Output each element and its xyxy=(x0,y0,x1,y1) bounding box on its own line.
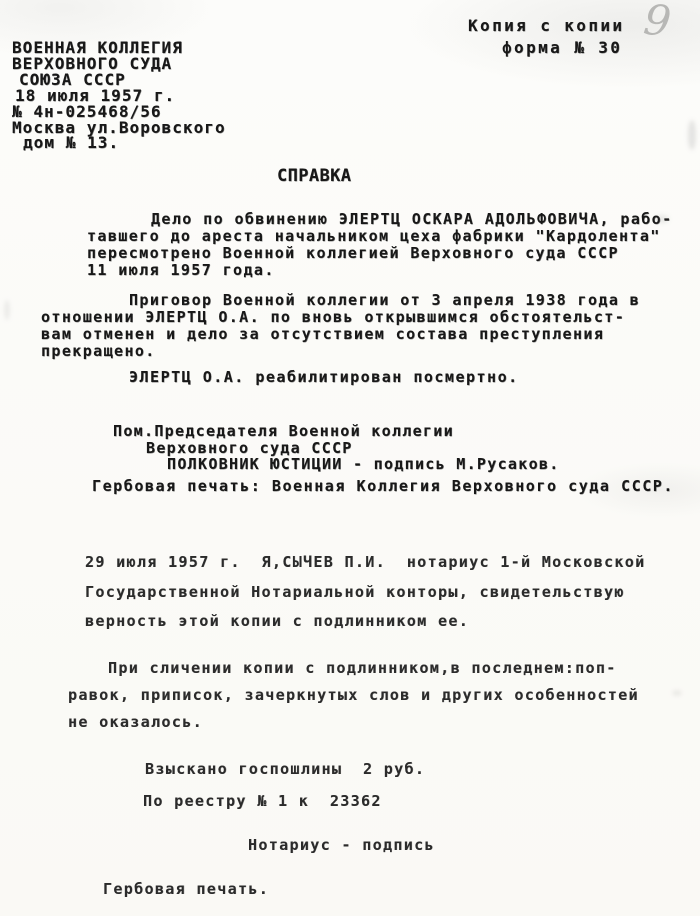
paper-smudge xyxy=(4,300,10,320)
document-title: СПРАВКА xyxy=(277,166,351,186)
body-line: Приговор Военной коллегии от 3 апреля 19… xyxy=(129,292,640,309)
body-paragraph-verdict-annulled: Приговор Военной коллегии от 3 апреля 19… xyxy=(41,292,640,360)
scanned-document-page: 9 Копия с копии форма № 30 ВОЕННАЯ КОЛЛЕ… xyxy=(0,0,700,916)
letterhead-block: ВОЕННАЯ КОЛЛЕГИЯ ВЕРХОВНОГО СУДА СОЮЗА С… xyxy=(12,40,226,151)
registry-number-line: По реестру № 1 к 23362 xyxy=(143,792,382,810)
body-line: прекращено. xyxy=(41,343,640,360)
paper-smudge xyxy=(688,120,696,150)
body-paragraph-case-review: Дело по обвинению ЭЛЕРТЦ ОСКАРА АДОЛЬФОВ… xyxy=(87,211,673,279)
paper-smudge xyxy=(672,690,682,696)
notary-line: Государственной Нотариальной конторы, св… xyxy=(85,578,646,608)
body-line: тавшего до ареста начальником цеха фабри… xyxy=(87,228,673,245)
notary-line: не оказалось. xyxy=(68,709,639,736)
body-line: Дело по обвинению ЭЛЕРТЦ ОСКАРА АДОЛЬФОВ… xyxy=(151,211,673,228)
body-line: отношении ЭЛЕРТЦ О.А. по вновь открывшим… xyxy=(41,309,640,326)
signature-title-line: Пом.Председателя Военной коллегии xyxy=(113,422,454,440)
notary-signature-line: Нотариус - подпись xyxy=(248,836,435,854)
notary-line: верность этой копии с подлинником ее. xyxy=(85,607,646,637)
letterhead-line-address2: дом № 13. xyxy=(23,135,226,151)
form-number-label: форма № 30 xyxy=(502,38,622,57)
rehabilitation-line: ЭЛЕРТЦ О.А. реабилитирован посмертно. xyxy=(129,368,519,386)
notary-comparison-paragraph: При сличении копии с подлинником,в после… xyxy=(68,655,639,736)
notary-seal-line: Гербовая печать. xyxy=(103,880,269,898)
notary-line: равок, приписок, зачеркнутых слов и друг… xyxy=(68,682,639,709)
state-fee-line: Взыскано госпошлины 2 руб. xyxy=(145,760,425,778)
notary-certification-paragraph: 29 июля 1957 г. Я,СЫЧЕВ П.И. нотариус 1-… xyxy=(85,548,646,637)
notary-line: При сличении копии с подлинником,в после… xyxy=(108,655,639,682)
signature-rank-line: ПОЛКОВНИК ЮСТИЦИИ - подпись М.Русаков. xyxy=(167,455,560,473)
official-seal-line: Гербовая печать: Военная Коллегия Верхов… xyxy=(92,477,674,495)
body-line: пересмотрено Военной коллегией Верховног… xyxy=(87,245,673,262)
copy-stamp-note: Копия с копии xyxy=(468,16,624,35)
body-line: вам отменен и дело за отсутствием состав… xyxy=(41,326,640,343)
handwritten-page-number: 9 xyxy=(641,0,674,46)
notary-line: 29 июля 1957 г. Я,СЫЧЕВ П.И. нотариус 1-… xyxy=(85,548,646,578)
body-line: 11 июля 1957 года. xyxy=(87,262,673,279)
